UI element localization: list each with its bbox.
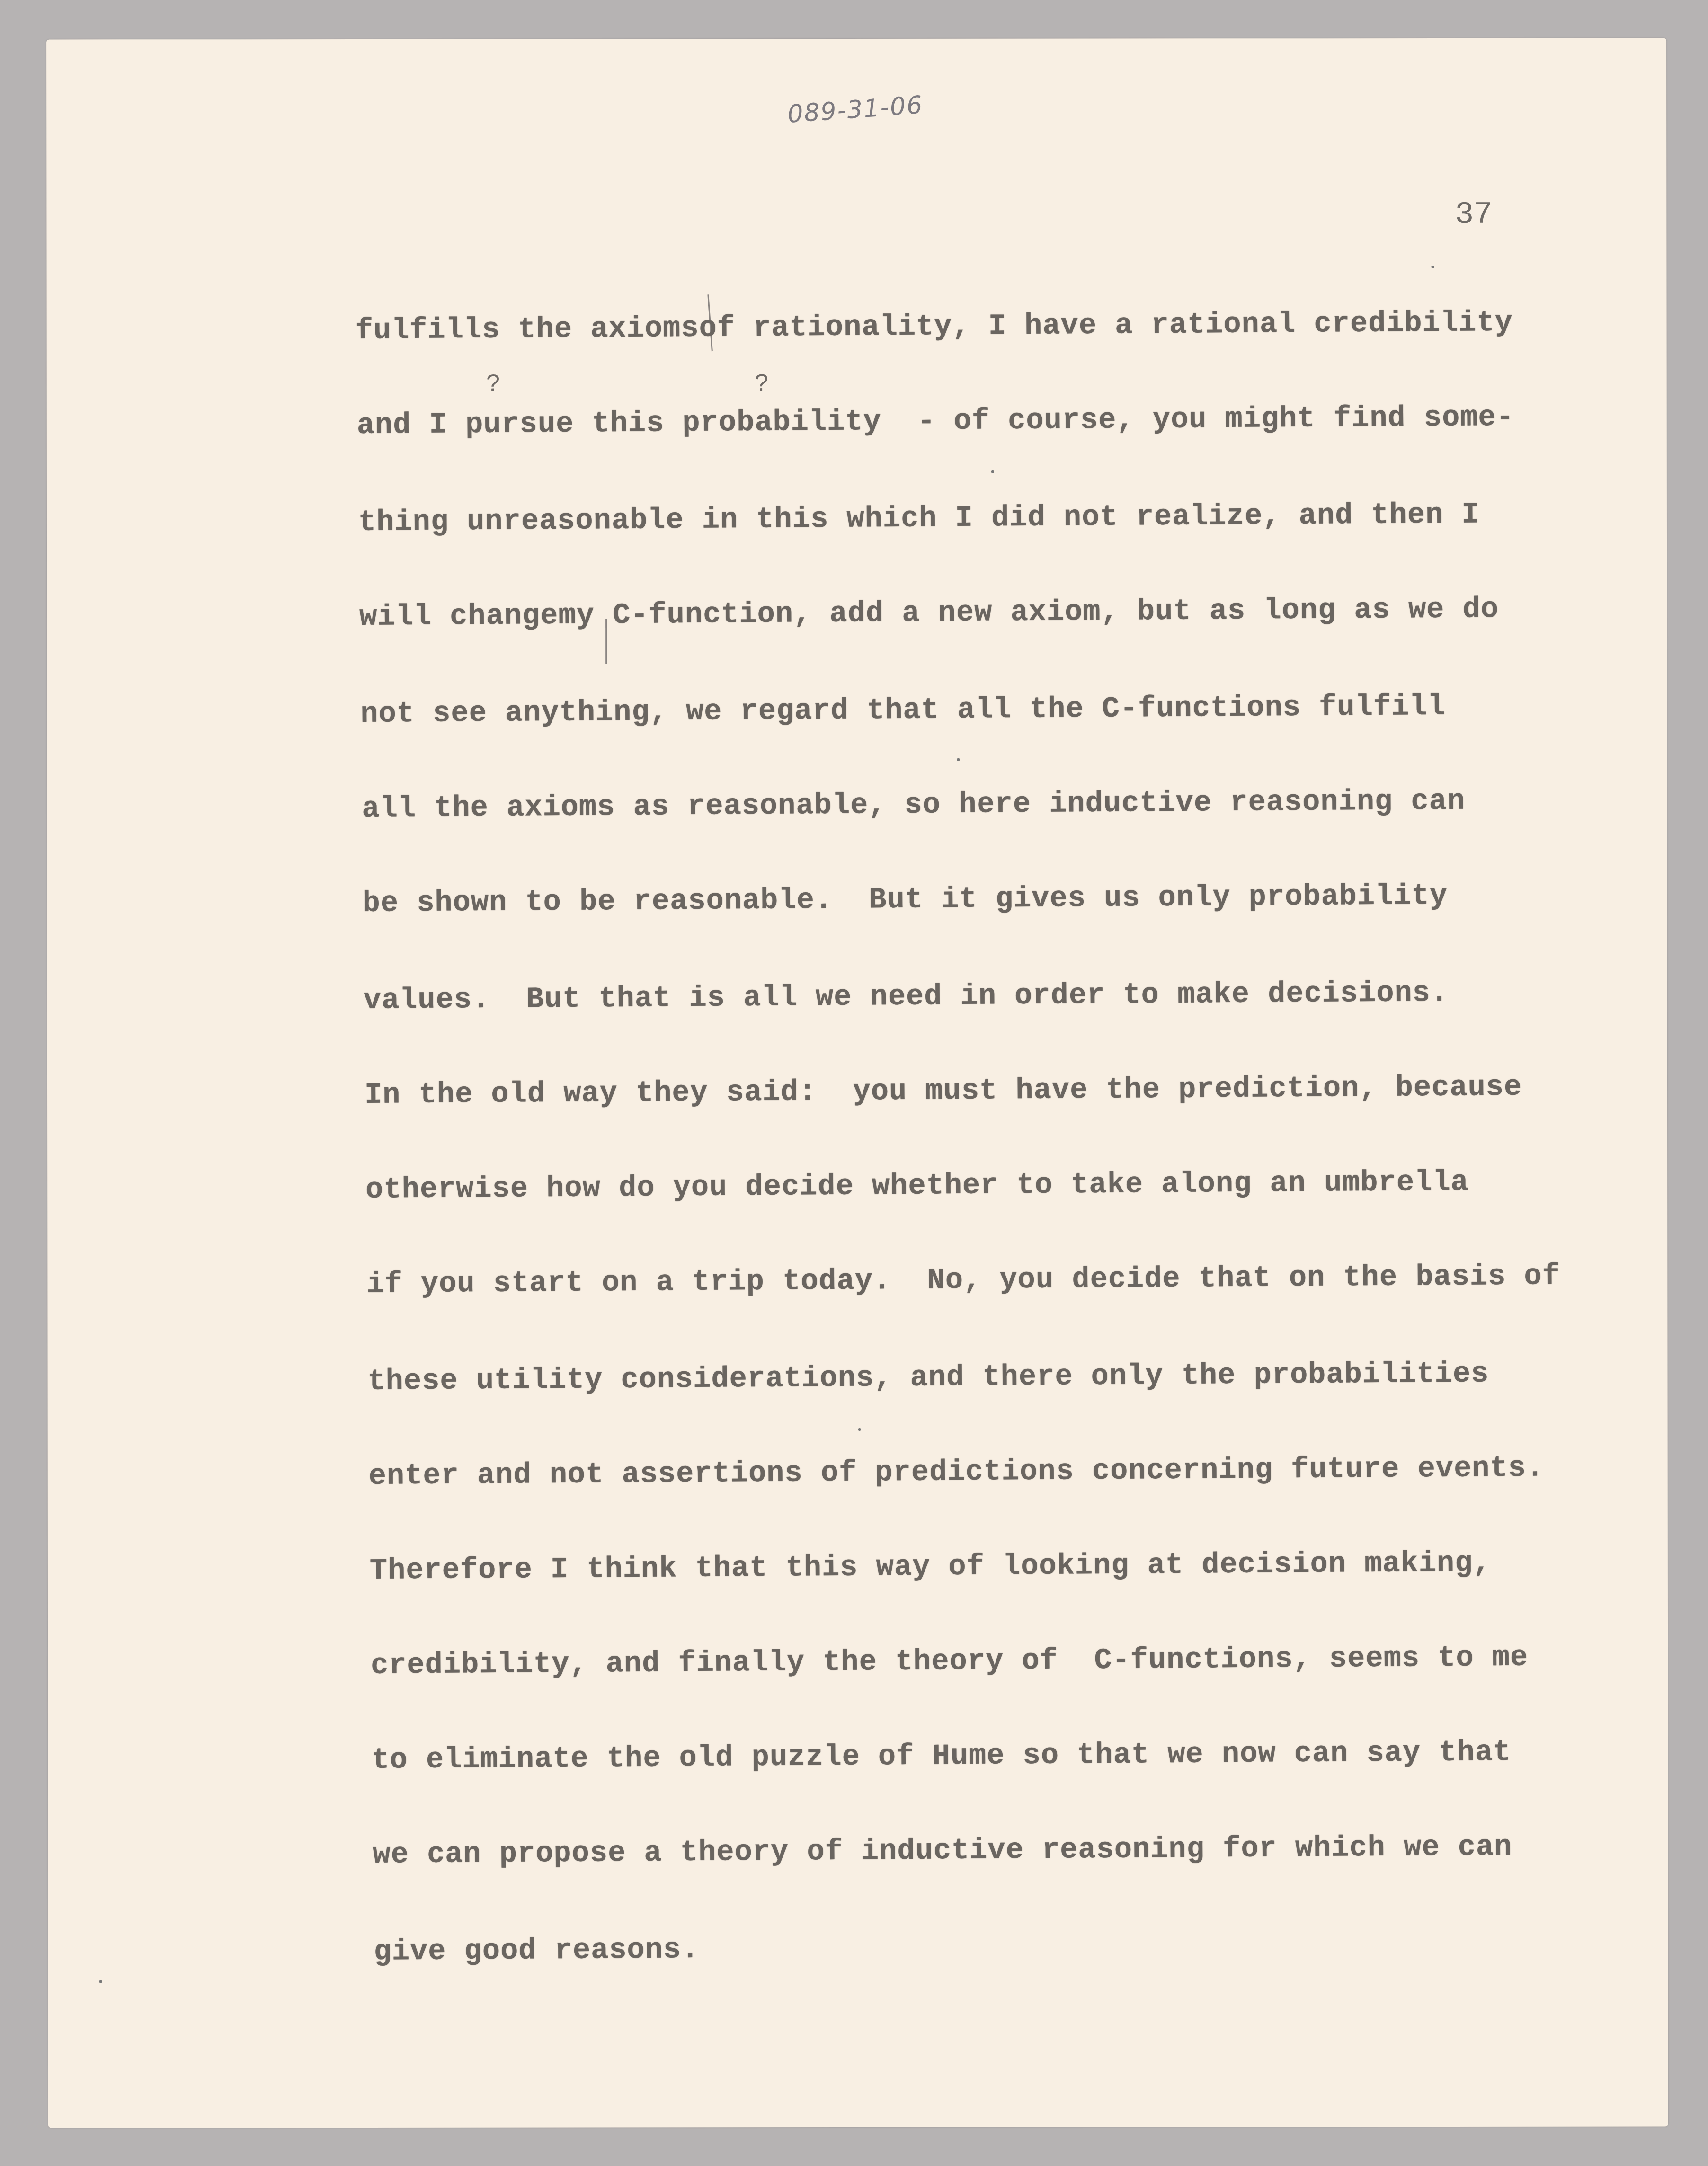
text-line: Therefore I think that this way of looki… [370,1546,1491,1588]
text-line: we can propose a theory of inductive rea… [373,1830,1512,1872]
paper-speck [957,758,960,761]
text-line: otherwise how do you decide whether to t… [365,1165,1469,1207]
text-line: will changemy C-function, add a new axio… [359,592,1499,634]
text-line: and I pursue this probability - of cours… [357,400,1515,442]
handwritten-question-mark: ? [486,371,501,399]
text-line: to eliminate the old puzzle of Hume so t… [372,1735,1511,1777]
text-line: these utility considerations, and there … [367,1357,1489,1398]
text-line: thing unreasonable in this which I did n… [358,497,1480,539]
page-number: 37 [1455,197,1492,232]
text-line: enter and not assertions of predictions … [368,1451,1544,1493]
paper-speck [858,1428,861,1431]
typed-page: 089-31-06 37 ? ? fulfills the axiomsof r… [46,38,1668,2128]
text-line: if you start on a trip today. No, you de… [366,1259,1560,1301]
text-line: fulfills the axiomsof rationality, I hav… [355,306,1513,347]
text-line: credibility, and finally the theory of C… [371,1641,1529,1682]
text-line: In the old way they said: you must have … [365,1070,1522,1112]
handwritten-question-mark: ? [755,370,769,398]
paper-speck [99,1980,102,1983]
text-line: not see anything, we regard that all the… [360,690,1446,731]
archive-id-handwritten: 089-31-06 [786,91,924,129]
text-line: all the axioms as reasonable, so here in… [362,784,1465,826]
paper-speck [1431,266,1434,268]
text-line: values. But that is all we need in order… [364,976,1449,1017]
text-line: be shown to be reasonable. But it gives … [362,879,1448,920]
paper-speck [991,470,994,473]
text-line: give good reasons. [374,1933,699,1969]
